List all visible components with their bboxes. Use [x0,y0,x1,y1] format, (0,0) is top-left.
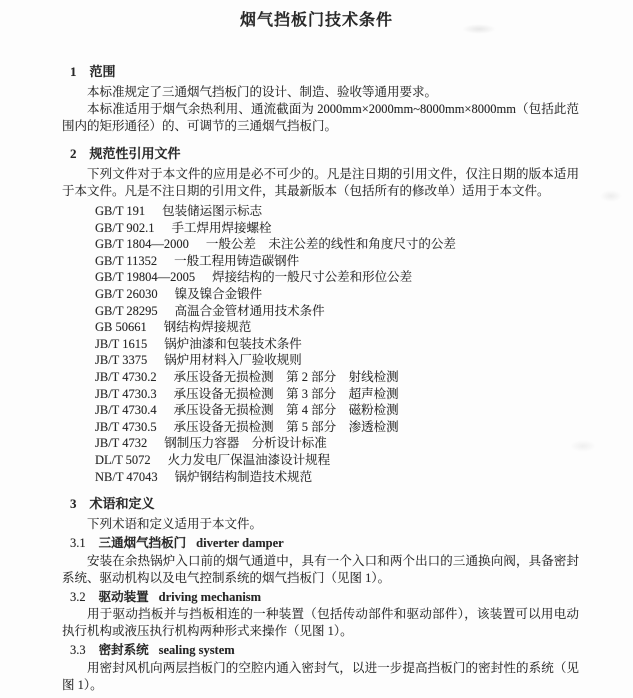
section-title: 范围 [90,64,116,79]
document-page: 烟气挡板门技术条件 1范围 本标准规定了三通烟气挡板门的设计、制造、验收等通用要… [0,0,633,698]
standard-code: GB/T 191 [95,204,145,218]
reference-item: GB/T 902.1手工焊用焊接螺栓 [62,220,579,237]
term-heading: 3.3密封系统sealing system [70,642,579,660]
document-content: 1范围 本标准规定了三通烟气挡板门的设计、制造、验收等通用要求。 本标准适用于烟… [62,63,579,694]
scan-smudge [600,190,622,202]
standard-name: 高温合金管材通用技术条件 [175,304,325,318]
standard-name: 锅炉油漆和包装技术条件 [164,337,302,351]
reference-item: GB/T 1804—2000一般公差 未注公差的线性和角度尺寸的公差 [62,236,579,253]
term-definition: 用密封风机向两层挡板门的空腔内通入密封气，以进一步提高挡板门的密封性的系统（见图… [62,660,579,694]
term-definition: 安装在余热锅炉入口前的烟气通道中，具有一个入口和两个出口的三通换向阀，具备密封系… [62,553,579,587]
section-heading-terms: 3术语和定义 [70,495,579,512]
standard-code: GB/T 28295 [95,304,158,318]
standard-name: 锅炉钢结构制造技术规范 [175,470,313,484]
term-number: 3.1 [70,536,86,550]
reference-item: JB/T 4730.4承压设备无损检测 第 4 部分 磁粉检测 [62,402,579,419]
section-number: 3 [70,496,77,511]
standard-name: 焊接结构的一般尺寸公差和形位公差 [212,270,412,284]
standard-code: GB 50661 [95,320,147,334]
term-number: 3.3 [70,643,86,657]
term-name-en: driving mechanism [159,590,261,604]
term-number: 3.2 [70,590,86,604]
scope-paragraph-1: 本标准规定了三通烟气挡板门的设计、制造、验收等通用要求。 [62,84,579,101]
reference-item: GB 50661钢结构焊接规范 [62,319,579,336]
term-entry-3-3: 3.3密封系统sealing system 用密封风机向两层挡板门的空腔内通入密… [62,642,579,694]
term-heading: 3.1三通烟气挡板门diverter damper [70,535,579,553]
reference-item: GB/T 191包装储运图示标志 [62,203,579,220]
standard-code: GB/T 26030 [95,287,158,301]
term-entry-3-1: 3.1三通烟气挡板门diverter damper 安装在余热锅炉入口前的烟气通… [62,535,579,587]
standard-code: JB/T 4730.2 [95,370,157,384]
reference-item: GB/T 11352一般工程用铸造碳钢件 [62,253,579,270]
standard-code: NB/T 47043 [95,470,158,484]
term-entry-3-2: 3.2驱动装置driving mechanism 用于驱动挡板并与挡板相连的一种… [62,589,579,641]
standard-name: 钢结构焊接规范 [164,320,252,334]
standard-code: JB/T 4732 [95,436,147,450]
standard-code: JB/T 1615 [95,337,147,351]
reference-item: NB/T 47043锅炉钢结构制造技术规范 [62,469,579,486]
terms-intro: 下列术语和定义适用于本文件。 [62,516,579,533]
standard-code: JB/T 4730.4 [95,403,157,417]
standard-code: GB/T 902.1 [95,221,155,235]
scope-paragraph-2: 本标准适用于烟气余热利用、通流截面为 2000mm×2000mm~8000mm×… [62,101,579,135]
standard-code: JB/T 3375 [95,353,147,367]
standard-name: 承压设备无损检测 第 3 部分 超声检测 [174,387,399,401]
term-definition: 用于驱动挡板并与挡板相连的一种装置（包括传动部件和驱动部件），该装置可以用电动执… [62,606,579,640]
reference-item: JB/T 4730.2承压设备无损检测 第 2 部分 射线检测 [62,369,579,386]
standard-name: 承压设备无损检测 第 5 部分 渗透检测 [174,420,399,434]
term-name-zh: 驱动装置 [99,590,149,604]
term-heading: 3.2驱动装置driving mechanism [70,589,579,607]
standard-code: GB/T 11352 [95,254,157,268]
references-intro: 下列文件对于本文件的应用是必不可少的。凡是注日期的引用文件，仅注日期的版本适用于… [62,166,579,200]
reference-item: GB/T 26030镍及镍合金锻件 [62,286,579,303]
standard-name: 钢制压力容器 分析设计标准 [164,436,327,450]
standard-code: DL/T 5072 [95,453,151,467]
section-heading-scope: 1范围 [70,63,579,80]
standard-name: 一般工程用铸造碳钢件 [174,254,299,268]
section-number: 2 [70,146,77,161]
reference-list: GB/T 191包装储运图示标志 GB/T 902.1手工焊用焊接螺栓 GB/T… [62,203,579,485]
reference-item: DL/T 5072火力发电厂保温油漆设计规程 [62,452,579,469]
standard-name: 锅炉用材料入厂验收规则 [164,353,302,367]
document-title: 烟气挡板门技术条件 [0,0,633,32]
standard-code: GB/T 1804—2000 [95,237,189,251]
section-title: 术语和定义 [90,496,155,511]
standard-name: 手工焊用焊接螺栓 [172,221,272,235]
standard-name: 承压设备无损检测 第 2 部分 射线检测 [174,370,399,384]
term-name-zh: 密封系统 [99,643,149,657]
reference-item: JB/T 1615锅炉油漆和包装技术条件 [62,336,579,353]
term-name-zh: 三通烟气挡板门 [99,536,187,550]
standard-name: 镍及镍合金锻件 [175,287,263,301]
standard-code: JB/T 4730.5 [95,420,157,434]
term-name-en: diverter damper [196,536,284,550]
reference-item: JB/T 4730.3承压设备无损检测 第 3 部分 超声检测 [62,386,579,403]
reference-item: JB/T 3375锅炉用材料入厂验收规则 [62,352,579,369]
standard-name: 火力发电厂保温油漆设计规程 [168,453,331,467]
section-title: 规范性引用文件 [90,146,181,161]
term-name-en: sealing system [159,643,235,657]
reference-item: JB/T 4730.5承压设备无损检测 第 5 部分 渗透检测 [62,419,579,436]
reference-item: JB/T 4732钢制压力容器 分析设计标准 [62,435,579,452]
standard-code: GB/T 19804—2005 [95,270,195,284]
section-heading-references: 2规范性引用文件 [70,145,579,162]
standard-code: JB/T 4730.3 [95,387,157,401]
reference-item: GB/T 28295高温合金管材通用技术条件 [62,303,579,320]
standard-name: 承压设备无损检测 第 4 部分 磁粉检测 [174,403,399,417]
standard-name: 一般公差 未注公差的线性和角度尺寸的公差 [206,237,456,251]
standard-name: 包装储运图示标志 [162,204,262,218]
reference-item: GB/T 19804—2005焊接结构的一般尺寸公差和形位公差 [62,269,579,286]
section-number: 1 [70,64,77,79]
